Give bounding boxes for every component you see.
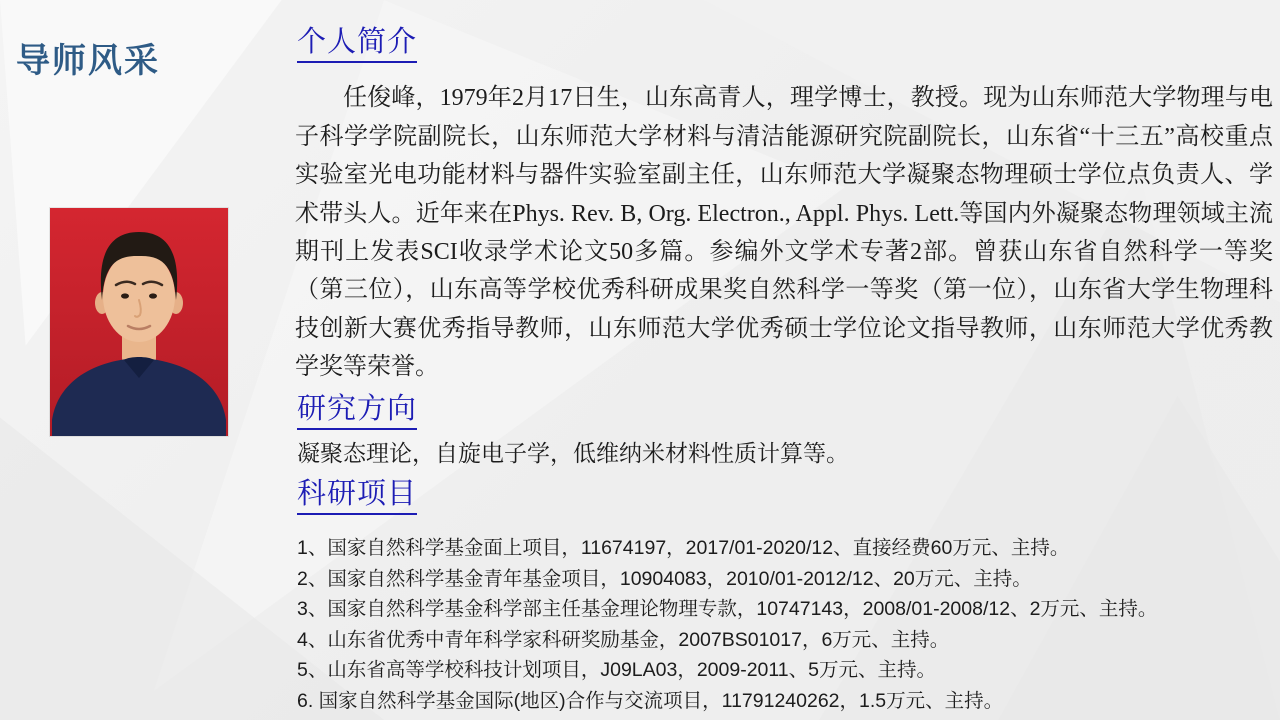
page-title: 导师风采 bbox=[16, 33, 160, 82]
project-item: 5、山东省高等学校科技计划项目，J09LA03，2009-2011、5万元、主持… bbox=[297, 655, 1273, 686]
content-column: 个人简介 任俊峰，1979年2月17日生，山东高青人，理学博士，教授。现为山东师… bbox=[295, 26, 1273, 716]
project-item: 1、国家自然科学基金面上项目，11674197，2017/01-2020/12、… bbox=[297, 533, 1273, 564]
section-heading-intro[interactable]: 个人简介 bbox=[297, 26, 417, 63]
portrait-photo-graphic bbox=[50, 208, 228, 436]
project-item: 6. 国家自然科学基金国际(地区)合作与交流项目，11791240262，1.5… bbox=[297, 686, 1273, 717]
intro-paragraph: 任俊峰，1979年2月17日生，山东高青人，理学博士，教授。现为山东师范大学物理… bbox=[295, 79, 1273, 386]
project-list: 1、国家自然科学基金面上项目，11674197，2017/01-2020/12、… bbox=[297, 533, 1273, 716]
slide: 导师风采 bbox=[0, 0, 1280, 720]
research-direction-text: 凝聚态理论，自旋电子学，低维纳米材料性质计算等。 bbox=[297, 438, 1273, 468]
section-heading-research[interactable]: 研究方向 bbox=[297, 393, 417, 430]
project-item: 3、国家自然科学基金科学部主任基金理论物理专款，10747143，2008/01… bbox=[297, 594, 1273, 625]
portrait-photo bbox=[50, 208, 228, 436]
section-heading-projects[interactable]: 科研项目 bbox=[297, 478, 417, 515]
project-item: 4、山东省优秀中青年科学家科研奖励基金，2007BS01017，6万元、主持。 bbox=[297, 625, 1273, 656]
project-item: 2、国家自然科学基金青年基金项目，10904083，2010/01-2012/1… bbox=[297, 564, 1273, 595]
